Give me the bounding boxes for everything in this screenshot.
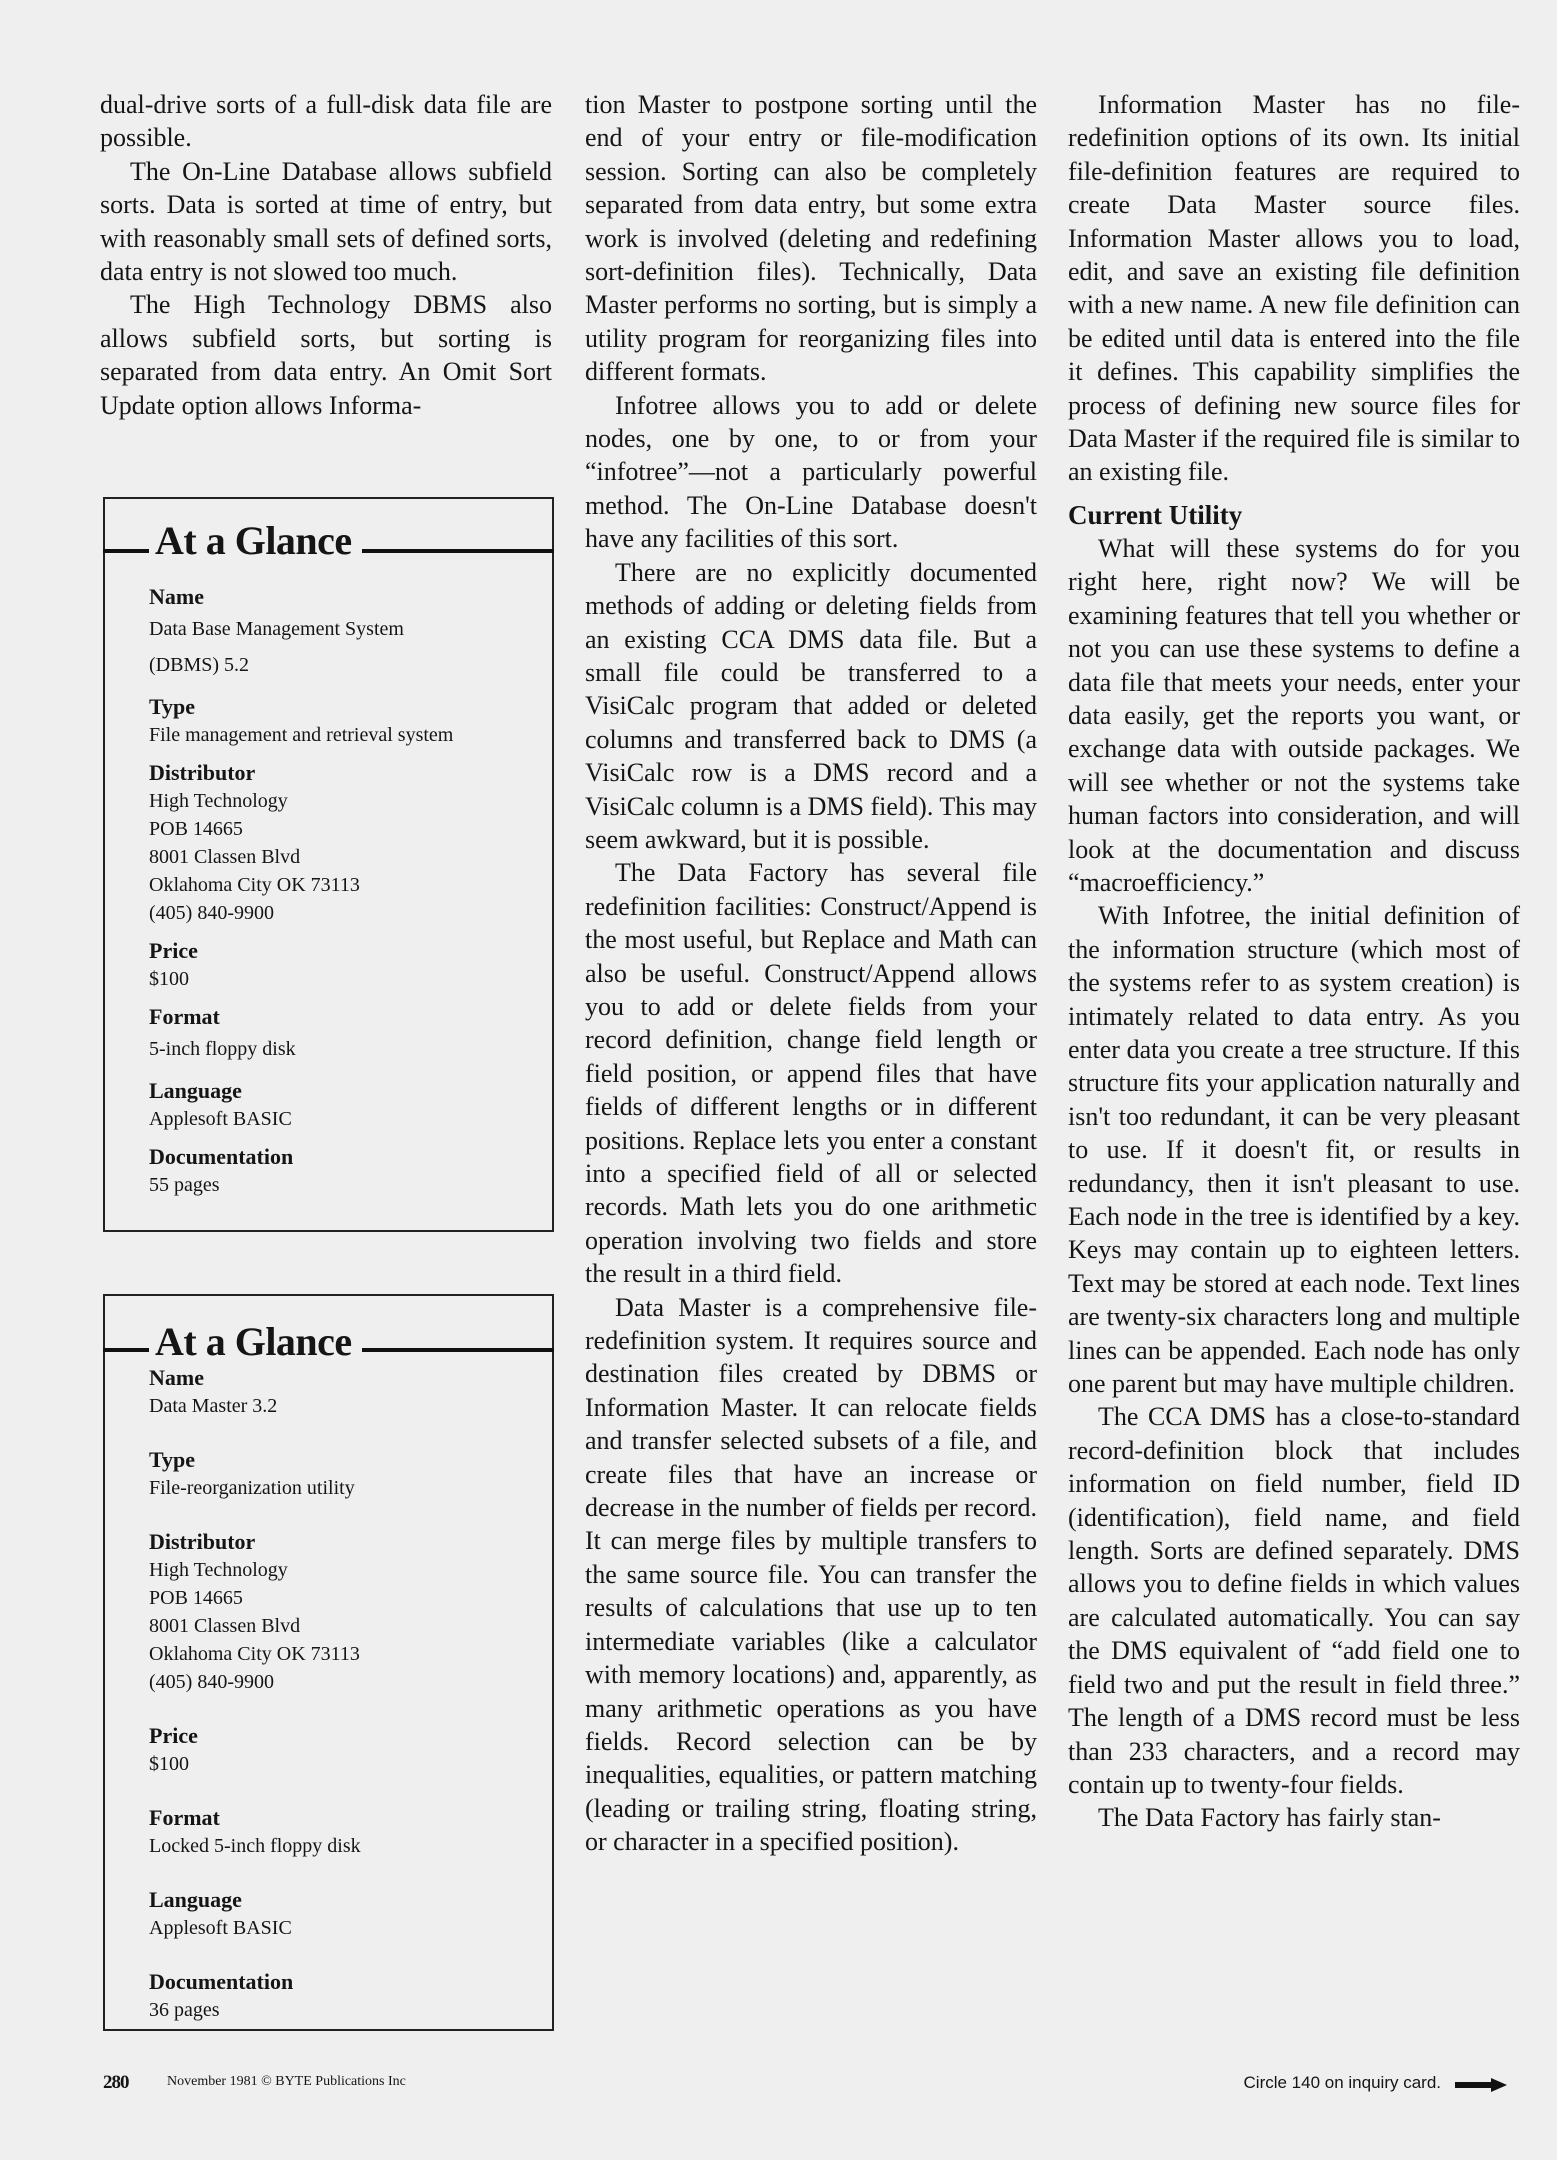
field-value: $100 — [149, 965, 552, 993]
glance-section-price: Price $100 — [149, 937, 552, 993]
paragraph: tion Master to postpone sorting until th… — [585, 88, 1037, 389]
paragraph: Information Master has no file-redefinit… — [1068, 88, 1520, 489]
paragraph: There are no explicitly documented metho… — [585, 556, 1037, 857]
field-label: Format — [149, 1804, 552, 1832]
field-label: Distributor — [149, 1528, 552, 1556]
field-value: $100 — [149, 1750, 552, 1778]
glance-section-documentation: Documentation 55 pages — [149, 1143, 552, 1199]
section-heading: Current Utility — [1068, 499, 1520, 532]
glance-section-format: Format 5-inch floppy disk — [149, 1003, 552, 1067]
paragraph: The Data Factory has several file redefi… — [585, 856, 1037, 1290]
page-footer: 280 November 1981 © BYTE Publications In… — [103, 2072, 1521, 2102]
field-value: Applesoft BASIC — [149, 1914, 552, 1942]
publication-credit: November 1981 © BYTE Publications Inc — [167, 2074, 406, 2090]
glance-title: At a Glance — [149, 519, 362, 563]
field-value: Data Master 3.2 — [149, 1392, 552, 1420]
field-value: Oklahoma City OK 73113 — [149, 871, 552, 899]
glance-section-documentation: Documentation 36 pages — [149, 1968, 552, 2024]
glance-section-name: Name Data Master 3.2 — [149, 1364, 552, 1420]
field-value: File management and retrieval system — [149, 721, 552, 749]
field-label: Documentation — [149, 1968, 552, 1996]
glance-body: Name Data Master 3.2 Type File-reorganiz… — [105, 1364, 552, 2024]
field-value: (DBMS) 5.2 — [149, 647, 552, 683]
paragraph: The Data Factory has fairly stan- — [1068, 1801, 1520, 1834]
paragraph: Infotree allows you to add or delete nod… — [585, 389, 1037, 556]
field-value: 5-inch floppy disk — [149, 1031, 552, 1067]
field-value: Data Base Management System — [149, 611, 552, 647]
field-label: Price — [149, 1722, 552, 1750]
field-value: POB 14665 — [149, 1584, 552, 1612]
glance-section-type: Type File-reorganization utility — [149, 1446, 552, 1502]
paragraph: Data Master is a comprehensive file-rede… — [585, 1291, 1037, 1859]
field-label: Name — [149, 583, 552, 611]
page-number: 280 — [103, 2072, 129, 2094]
field-value: High Technology — [149, 1556, 552, 1584]
field-label: Language — [149, 1886, 552, 1914]
field-value: (405) 840-9900 — [149, 899, 552, 927]
paragraph: dual-drive sorts of a full-disk data fil… — [100, 88, 552, 155]
field-label: Documentation — [149, 1143, 552, 1171]
glance-section-language: Language Applesoft BASIC — [149, 1886, 552, 1942]
field-value: Locked 5-inch floppy disk — [149, 1832, 552, 1860]
glance-section-distributor: Distributor High Technology POB 14665 80… — [149, 759, 552, 927]
field-value: High Technology — [149, 787, 552, 815]
field-label: Type — [149, 1446, 552, 1474]
at-a-glance-box-data-master: At a Glance Name Data Master 3.2 Type Fi… — [103, 1294, 554, 2031]
inquiry-card-note: Circle 140 on inquiry card. — [1244, 2073, 1441, 2093]
article-column-3: Information Master has no file-redefinit… — [1068, 88, 1520, 1835]
field-value: Oklahoma City OK 73113 — [149, 1640, 552, 1668]
field-label: Language — [149, 1077, 552, 1105]
glance-section-language: Language Applesoft BASIC — [149, 1077, 552, 1133]
article-column-1: dual-drive sorts of a full-disk data fil… — [100, 88, 552, 422]
glance-section-format: Format Locked 5-inch floppy disk — [149, 1804, 552, 1860]
field-value: POB 14665 — [149, 815, 552, 843]
glance-section-distributor: Distributor High Technology POB 14665 80… — [149, 1528, 552, 1696]
field-value: 8001 Classen Blvd — [149, 843, 552, 871]
field-label: Name — [149, 1364, 552, 1392]
paragraph: The On-Line Database allows subfield sor… — [100, 155, 552, 289]
field-value: (405) 840-9900 — [149, 1668, 552, 1696]
field-label: Format — [149, 1003, 552, 1031]
glance-title: At a Glance — [149, 1320, 362, 1364]
field-label: Type — [149, 693, 552, 721]
field-value: 36 pages — [149, 1996, 552, 2024]
paragraph: With Infotree, the initial definition of… — [1068, 899, 1520, 1400]
glance-body: Name Data Base Management System (DBMS) … — [105, 583, 552, 1199]
article-column-2: tion Master to postpone sorting until th… — [585, 88, 1037, 1859]
field-label: Distributor — [149, 759, 552, 787]
field-value: File-reorganization utility — [149, 1474, 552, 1502]
paragraph: The CCA DMS has a close-to-standard reco… — [1068, 1400, 1520, 1801]
glance-section-price: Price $100 — [149, 1722, 552, 1778]
paragraph: The High Technology DBMS also allows sub… — [100, 288, 552, 422]
arrow-right-icon — [1455, 2078, 1507, 2092]
glance-header: At a Glance — [105, 521, 552, 573]
paragraph: What will these systems do for you right… — [1068, 532, 1520, 899]
field-value: Applesoft BASIC — [149, 1105, 552, 1133]
at-a-glance-box-dbms: At a Glance Name Data Base Management Sy… — [103, 497, 554, 1232]
glance-header: At a Glance — [105, 1320, 552, 1364]
field-label: Price — [149, 937, 552, 965]
glance-section-type: Type File management and retrieval syste… — [149, 693, 552, 749]
glance-section-name: Name Data Base Management System (DBMS) … — [149, 583, 552, 683]
field-value: 55 pages — [149, 1171, 552, 1199]
field-value: 8001 Classen Blvd — [149, 1612, 552, 1640]
